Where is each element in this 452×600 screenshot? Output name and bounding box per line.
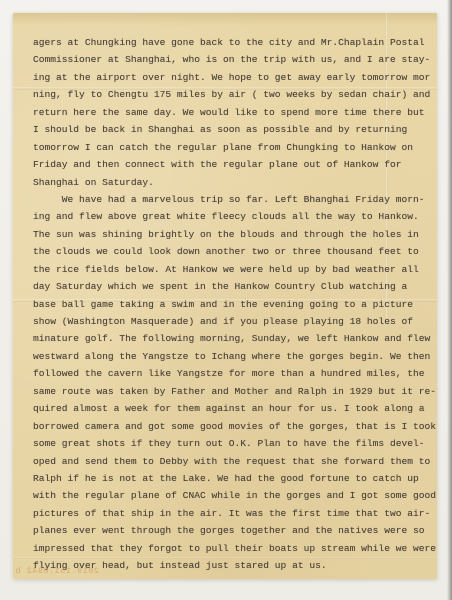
letter-line: ning, fly to Chengtu 175 miles by air ( … [33,86,437,103]
letter-line: with the regular plane of CNAC while in … [33,487,437,504]
letter-line: Shanghai on Saturday. [33,174,437,191]
letter-line: We have had a marvelous trip so far. Lef… [33,191,437,208]
letter-line: westward along the Yangstze to Ichang wh… [33,348,437,365]
letter-page: agers at Chungking have gone back to the… [13,13,437,579]
letter-line: return here the same day. We would like … [33,104,437,121]
letter-line: I should be back in Shanghai as soon as … [33,121,437,138]
letter-line: oped and send them to Debby with the req… [33,453,437,470]
letter-line: followed the cavern like Yangstze for mo… [33,365,437,382]
letter-line: same route was taken by Father and Mothe… [33,383,437,400]
letter-line: some great shots if they turn out O.K. P… [33,435,437,452]
letter-body: agers at Chungking have gone back to the… [33,34,437,575]
letter-line: show (Washington Masquerade) and if you … [33,313,437,330]
letter-line: minature golf. The following morning, Su… [33,330,437,347]
letter-line: tomorrow I can catch the regular plane f… [33,139,437,156]
letter-line: day Saturday which we spent in the Hanko… [33,278,437,295]
letter-line: base ball game taking a swim and in the … [33,296,437,313]
scan-background: agers at Chungking have gone back to the… [0,0,452,600]
letter-line: Ralph if he is not at the Lake. We had t… [33,470,437,487]
letter-line: impressed that they forgot to pull their… [33,540,437,557]
letter-line: the rice fields below. At Hankow we were… [33,261,437,278]
letter-line: ing at the airport over night. We hope t… [33,69,437,86]
letter-line: Commissioner at Shanghai, who is on the … [33,51,437,68]
letter-line: The sun was shining brightly on the blou… [33,226,437,243]
letter-line: planes ever went through the gorges toge… [33,522,437,539]
letter-line: agers at Chungking have gone back to the… [33,34,437,51]
letter-line: quired almost a week for them against an… [33,400,437,417]
letter-line: borrowed camera and got some good movies… [33,418,437,435]
letter-line: ing and flew above great white fleecy cl… [33,208,437,225]
letter-line: pictures of that ship in the air. It was… [33,505,437,522]
letter-line: the clouds we could look down another tw… [33,243,437,260]
letter-line: Friday and then connect with the regular… [33,156,437,173]
scanner-edge-strip [447,0,452,600]
accession-number-mirrored: 2019.151.0942 b [15,566,99,576]
